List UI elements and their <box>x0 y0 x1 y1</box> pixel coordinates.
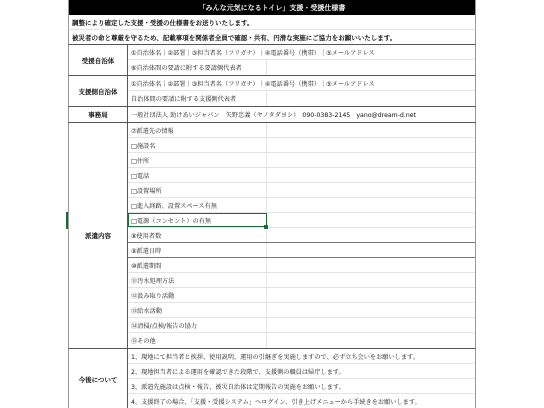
haken-item[interactable]: □電話 <box>128 168 267 182</box>
juen-representative[interactable]: ⑥自治体間の要請に附する要請側代表者 <box>128 60 267 75</box>
group-label-jimukyoku[interactable]: 事務局 <box>69 107 128 122</box>
haken-item[interactable]: ⑩派遣期間 <box>128 258 267 272</box>
table-row: 自治体間の要請に附する支援側代表者 <box>128 91 475 106</box>
blank-cell[interactable] <box>267 183 475 197</box>
blank-cell[interactable] <box>267 60 475 75</box>
table-row: ⑬給水活動 <box>128 303 475 318</box>
haken-item[interactable]: ⑦派遣先の情報 <box>128 123 267 137</box>
spreadsheet: 「みんな元気になるトイレ」支援・受援仕様書 調整により確定した支援・受援の仕様書… <box>68 0 476 408</box>
table-row: ⑥自治体間の要請に附する要請側代表者 <box>128 60 475 75</box>
shien-representative[interactable]: 自治体間の要請に附する支援側代表者 <box>128 91 267 106</box>
kongo-item[interactable]: 1、現地にて担当者と挨拶、使用説明、運用の引継ぎを実施しますので、必ず立ち会いを… <box>128 349 475 363</box>
intro-line-1[interactable]: 調整により確定した支援・受援の仕様書をお送りいたします。 <box>68 15 476 30</box>
kongo-item[interactable]: 3、派遣先施設は点検・報告、被災自治体は定期報告の実施をお願いします。 <box>128 379 475 393</box>
group-shien: 支援側自治体 ①自治体名｜②部署｜③担当者名（フリガナ）｜④電話番号（携帯）｜⑤… <box>68 76 476 107</box>
blank-cell[interactable] <box>267 168 475 182</box>
intro-line-2[interactable]: 被災者の命と尊厳を守るため、記載事項を関係者全員で確認・共有、円滑な実施にご協力… <box>68 30 476 45</box>
table-row: ⑩派遣期間 <box>128 258 475 273</box>
table-row: □進入経路、設置スペース有無 <box>128 198 475 213</box>
table-row: 一般社団法人 助けあいジャパン 矢野忠義（ヤノタダヨシ） 090-0383-21… <box>128 107 475 122</box>
table-row: ⑦派遣先の情報 <box>128 123 475 138</box>
table-row: □住所 <box>128 153 475 168</box>
group-jimukyoku: 事務局 一般社団法人 助けあいジャパン 矢野忠義（ヤノタダヨシ） 090-038… <box>68 107 476 123</box>
group-juen: 受援自治体 ①自治体名｜②部署｜③担当者名（フリガナ）｜④電話番号（携帯）｜⑤メ… <box>68 45 476 76</box>
blank-cell[interactable] <box>267 333 475 348</box>
table-row: ⑪汚水処理方法 <box>128 273 475 288</box>
blank-cell[interactable] <box>267 303 475 317</box>
table-row: ⑫汲み取り活動 <box>128 288 475 303</box>
haken-item[interactable]: ⑭清掃/点検/報告の協力 <box>128 318 267 332</box>
shien-contact-fields[interactable]: ①自治体名｜②部署｜③担当者名（フリガナ）｜④電話番号（携帯）｜⑤メールアドレス <box>128 76 475 90</box>
jimukyoku-contact[interactable]: 一般社団法人 助けあいジャパン 矢野忠義（ヤノタダヨシ） 090-0383-21… <box>128 107 475 122</box>
kongo-item[interactable]: 2、現地担当者による運用を確認できた段階で、支援側の職員は帰庁します。 <box>128 364 475 378</box>
group-haken: 派遣内容 ⑦派遣先の情報 □施設名 □住所 □電話 □設置場所 □進入経路、設置… <box>68 123 476 349</box>
table-row: 2、現地担当者による運用を確認できた段階で、支援側の職員は帰庁します。 <box>128 364 475 379</box>
haken-item[interactable]: ⑨派遣日時 <box>128 243 267 257</box>
haken-item[interactable]: ⑮その他 <box>128 333 267 348</box>
table-row: 3、派遣先施設は点検・報告、被災自治体は定期報告の実施をお願いします。 <box>128 379 475 394</box>
haken-item[interactable]: □住所 <box>128 153 267 167</box>
juen-contact-fields[interactable]: ①自治体名｜②部署｜③担当者名（フリガナ）｜④電話番号（携帯）｜⑤メールアドレス <box>128 45 475 59</box>
blank-cell[interactable] <box>267 228 475 242</box>
haken-item[interactable]: □設置場所 <box>128 183 267 197</box>
blank-cell[interactable] <box>267 318 475 332</box>
haken-item[interactable]: ⑪汚水処理方法 <box>128 273 267 287</box>
blank-cell[interactable] <box>267 123 475 137</box>
haken-item[interactable]: ⑬給水活動 <box>128 303 267 317</box>
table-row: □電源（コンセント）の有無 <box>128 213 475 228</box>
table-row: ⑨派遣日時 <box>128 243 475 258</box>
table-row: 4、支援終了の場合、「支援・受援システム」へログイン、引き上げメニューから手続き… <box>128 394 475 408</box>
table-row: 1、現地にて担当者と挨拶、使用説明、運用の引継ぎを実施しますので、必ず立ち会いを… <box>128 349 475 364</box>
group-label-shien[interactable]: 支援側自治体 <box>69 76 128 106</box>
blank-cell[interactable] <box>267 138 475 152</box>
table-row: □電話 <box>128 168 475 183</box>
table-row: ①自治体名｜②部署｜③担当者名（フリガナ）｜④電話番号（携帯）｜⑤メールアドレス <box>128 76 475 91</box>
haken-item-selected[interactable]: □電源（コンセント）の有無 <box>128 213 267 227</box>
blank-cell[interactable] <box>267 213 475 227</box>
haken-item[interactable]: ⑫汲み取り活動 <box>128 288 267 302</box>
blank-cell[interactable] <box>267 288 475 302</box>
blank-cell[interactable] <box>267 153 475 167</box>
group-label-juen[interactable]: 受援自治体 <box>69 45 128 75</box>
blank-cell[interactable] <box>267 273 475 287</box>
blank-cell[interactable] <box>267 258 475 272</box>
kongo-item[interactable]: 4、支援終了の場合、「支援・受援システム」へログイン、引き上げメニューから手続き… <box>128 394 475 408</box>
sheet-title[interactable]: 「みんな元気になるトイレ」支援・受援仕様書 <box>68 0 476 15</box>
group-label-haken[interactable]: 派遣内容 <box>69 123 128 348</box>
haken-item[interactable]: □施設名 <box>128 138 267 152</box>
haken-item[interactable]: ⑧使用者数 <box>128 228 267 242</box>
table-row: □施設名 <box>128 138 475 153</box>
table-row: ①自治体名｜②部署｜③担当者名（フリガナ）｜④電話番号（携帯）｜⑤メールアドレス <box>128 45 475 60</box>
table-row: ⑮その他 <box>128 333 475 348</box>
table-row: ⑧使用者数 <box>128 228 475 243</box>
blank-cell[interactable] <box>267 91 475 106</box>
group-kongo: 今後について 1、現地にて担当者と挨拶、使用説明、運用の引継ぎを実施しますので、… <box>68 349 476 408</box>
haken-item[interactable]: □進入経路、設置スペース有無 <box>128 198 267 212</box>
group-label-kongo[interactable]: 今後について <box>69 349 128 408</box>
blank-cell[interactable] <box>267 243 475 257</box>
table-row: ⑭清掃/点検/報告の協力 <box>128 318 475 333</box>
table-row: □設置場所 <box>128 183 475 198</box>
blank-cell[interactable] <box>267 198 475 212</box>
